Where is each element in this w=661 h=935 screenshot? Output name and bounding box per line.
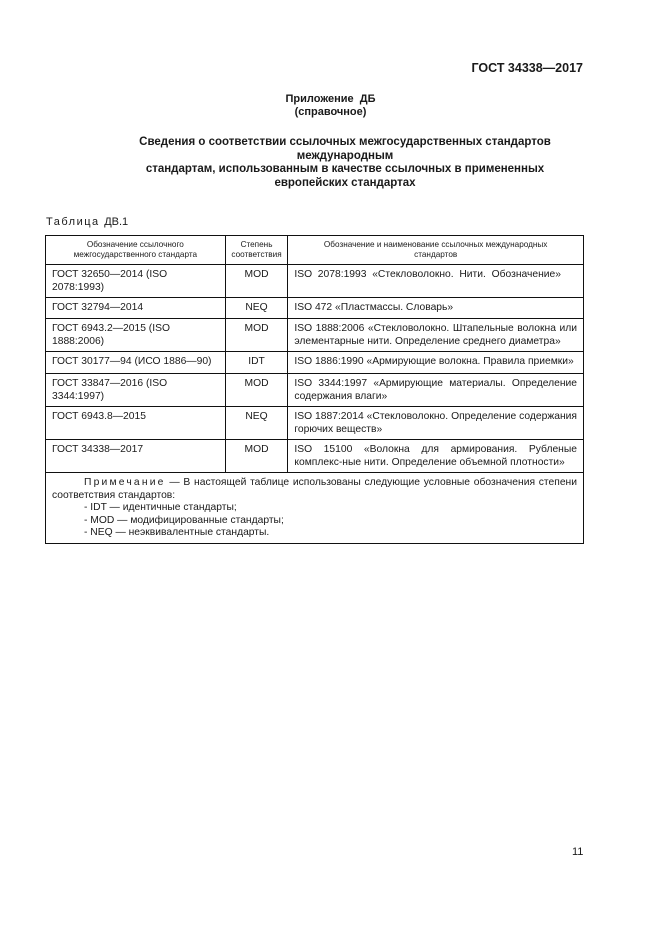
cell-degree: MOD — [225, 265, 288, 298]
note-intro: Примечание — В настоящей таблице использ… — [52, 477, 577, 502]
table-row: ГОСТ 32650—2014 (ISO 2078:1993) MOD ISO … — [46, 265, 584, 298]
column-header-line: межгосударственного стандарта — [50, 250, 221, 261]
table-row: ГОСТ 32794—2014 NEQ ISO 472 «Пластмассы.… — [46, 298, 584, 319]
cell-international: ISO 472 «Пластмассы. Словарь» — [288, 298, 584, 319]
cell-standard: ГОСТ 6943.8—2015 — [46, 407, 226, 440]
cell-degree: IDT — [225, 352, 288, 374]
cell-international: ISO 1887:2014 «Стекловолокно. Определени… — [288, 407, 584, 440]
cell-standard: ГОСТ 6943.2—2015 (ISO 1888:2006) — [46, 319, 226, 352]
appendix-subtitle: (справочное) — [0, 106, 661, 119]
cell-standard: ГОСТ 33847—2016 (ISO 3344:1997) — [46, 374, 226, 407]
table-caption-label: Таблица — [46, 216, 100, 228]
column-header-standard: Обозначение ссылочного межгосударственно… — [46, 236, 226, 265]
column-header-line: стандартов — [292, 250, 579, 261]
note-item-mod: - MOD — модифицированные стандарты; — [52, 515, 577, 528]
appendix-title: Приложение ДБ — [0, 93, 661, 106]
table-row: ГОСТ 6943.2—2015 (ISO 1888:2006) MOD ISO… — [46, 319, 584, 352]
cell-degree: NEQ — [225, 407, 288, 440]
document-code: ГОСТ 34338—2017 — [471, 61, 583, 75]
cell-international: ISO 3344:1997 «Армирующие материалы. Опр… — [288, 374, 584, 407]
cell-standard: ГОСТ 30177—94 (ИСО 1886—90) — [46, 352, 226, 374]
cell-degree: NEQ — [225, 298, 288, 319]
appendix-heading: Приложение ДБ (справочное) — [0, 93, 661, 119]
table-row: ГОСТ 33847—2016 (ISO 3344:1997) MOD ISO … — [46, 374, 584, 407]
table-caption-number: ДВ.1 — [104, 216, 128, 228]
column-header-line: Обозначение и наименование ссылочных меж… — [292, 240, 579, 251]
table-row: ГОСТ 6943.8—2015 NEQ ISO 1887:2014 «Стек… — [46, 407, 584, 440]
section-title-line-3: европейских стандартах — [95, 177, 595, 191]
section-title-line-1: Сведения о соответствии ссылочных межгос… — [95, 136, 595, 163]
cell-standard: ГОСТ 32794—2014 — [46, 298, 226, 319]
cell-international: ISO 1888:2006 «Стекловолокно. Штапельные… — [288, 319, 584, 352]
table-row: ГОСТ 30177—94 (ИСО 1886—90) IDT ISO 1886… — [46, 352, 584, 374]
note-label: Примечание — [84, 477, 166, 488]
cell-international: ISO 15100 «Волокна для армирования. Рубл… — [288, 440, 584, 473]
table-row: ГОСТ 34338—2017 MOD ISO 15100 «Волокна д… — [46, 440, 584, 473]
standards-table: Обозначение ссылочного межгосударственно… — [45, 235, 584, 544]
cell-international: ISO 1886:1990 «Армирующие волокна. Прави… — [288, 352, 584, 374]
table-caption: Таблица ДВ.1 — [46, 216, 128, 228]
column-header-degree: Степень соответствия — [225, 236, 288, 265]
cell-standard: ГОСТ 34338—2017 — [46, 440, 226, 473]
cell-standard: ГОСТ 32650—2014 (ISO 2078:1993) — [46, 265, 226, 298]
section-title-line-2: стандартам, использованным в качестве сс… — [95, 163, 595, 177]
table-note-row: Примечание — В настоящей таблице использ… — [46, 473, 584, 544]
note-item-neq: - NEQ — неэквивалентные стандарты. — [52, 527, 577, 540]
note-item-idt: - IDT — идентичные стандарты; — [52, 502, 577, 515]
column-header-line: Обозначение ссылочного — [50, 240, 221, 251]
cell-degree: MOD — [225, 440, 288, 473]
column-header-international: Обозначение и наименование ссылочных меж… — [288, 236, 584, 265]
page-number: 11 — [572, 846, 583, 858]
column-header-line: соответствия — [230, 250, 284, 261]
cell-degree: MOD — [225, 319, 288, 352]
table-note: Примечание — В настоящей таблице использ… — [46, 473, 584, 544]
column-header-line: Степень — [230, 240, 284, 251]
table-header-row: Обозначение ссылочного межгосударственно… — [46, 236, 584, 265]
section-title: Сведения о соответствии ссылочных межгос… — [95, 136, 595, 190]
cell-international: ISO 2078:1993 «Стекловолокно. Нити. Обоз… — [288, 265, 584, 298]
cell-degree: MOD — [225, 374, 288, 407]
